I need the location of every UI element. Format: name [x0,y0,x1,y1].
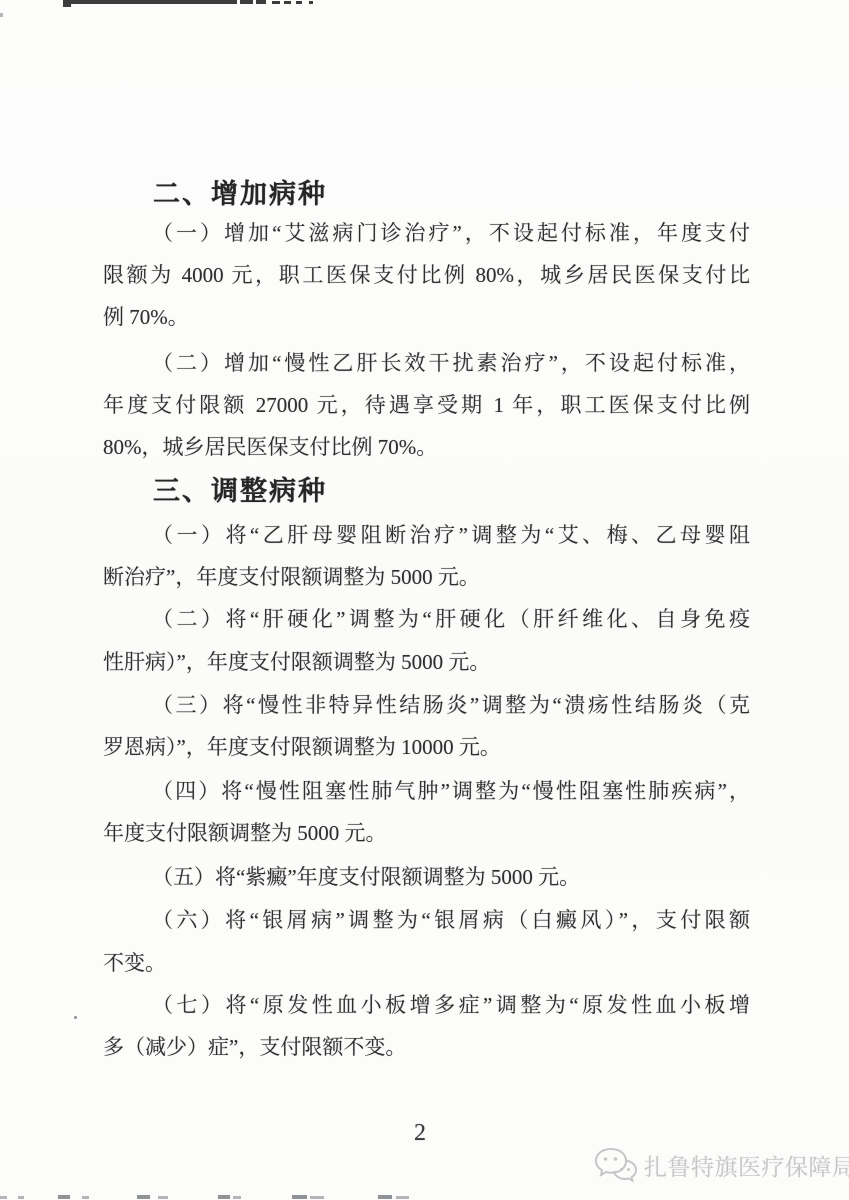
document-text-line: 多（减少）症”，支付限额不变。 [103,1030,750,1064]
scan-mark [396,1196,409,1199]
document-text-line: 罗恩病）”，年度支付限额调整为 10000 元。 [103,730,750,764]
document-text-line: （三）将“慢性非特异性结肠炎”调整为“溃疡性结肠炎（克 [152,688,750,722]
document-text-line: 断治疗”，年度支付限额调整为 5000 元。 [103,560,750,594]
scan-mark [256,0,266,4]
scan-mark [233,1196,241,1199]
scan-mark [0,1196,7,1199]
document-text-line: （二）将“肝硬化”调整为“肝硬化（肝纤维化、自身免疫 [152,602,750,636]
scan-mark [284,1,291,4]
document-text-line: （六）将“银屑病”调整为“银屑病（白癜风）”，支付限额 [152,903,750,937]
document-text-line: （四）将“慢性阻塞性肺气肿”调整为“慢性阻塞性肺疾病”， [152,774,750,808]
scan-mark [272,1,280,4]
wechat-icon [594,1146,638,1184]
document-text-line: 不变。 [103,946,750,980]
scan-mark [218,1195,230,1199]
page-number: 2 [385,1120,455,1147]
scanned-document-page: 二、增加病种 （一）增加“艾滋病门诊治疗”，不设起付标准，年度支付 限额为 40… [0,0,849,1200]
scan-mark [296,1,302,4]
scan-mark [310,1196,324,1199]
scan-mark [58,1195,70,1199]
document-text-line: 限额为 4000 元，职工医保支付比例 80%，城乡居民医保支付比 [103,258,750,292]
scan-mark [82,1196,89,1199]
document-text-line: （一）增加“艾滋病门诊治疗”，不设起付标准，年度支付 [152,216,750,250]
scan-mark [158,1196,168,1199]
document-text-line: （七）将“原发性血小板增多症”调整为“原发性血小板增 [152,988,750,1022]
document-text-line: （五）将“紫癜”年度支付限额调整为 5000 元。 [152,860,750,894]
scan-mark [292,1195,307,1199]
footer-watermark: 扎鲁特旗医疗保障局 [594,1146,849,1184]
scan-mark [309,1,313,4]
document-text-line: 80%，城乡居民医保支付比例 70%。 [103,430,750,464]
document-text-line: 性肝病）”，年度支付限额调整为 5000 元。 [103,645,750,679]
document-text-line: 例 70%。 [103,300,750,334]
scan-mark [378,1195,392,1199]
scan-mark [240,0,253,4]
document-text-line: 年度支付限额调整为 5000 元。 [103,816,750,850]
section-heading: 三、调整病种 [153,473,327,509]
scan-mark [63,0,237,4]
scan-mark [137,1195,150,1199]
section-heading: 二、增加病种 [153,176,327,212]
document-text-line: （二）增加“慢性乙肝长效干扰素治疗”，不设起付标准， [152,346,750,380]
scan-mark [74,1016,77,1019]
document-text-line: 年度支付限额 27000 元，待遇享受期 1 年，职工医保支付比例 [103,388,750,422]
scan-mark [18,1196,24,1199]
scan-mark [0,13,3,17]
document-text-line: （一）将“乙肝母婴阻断治疗”调整为“艾、梅、乙母婴阻 [152,518,750,552]
footer-watermark-label: 扎鲁特旗医疗保障局 [644,1149,849,1182]
